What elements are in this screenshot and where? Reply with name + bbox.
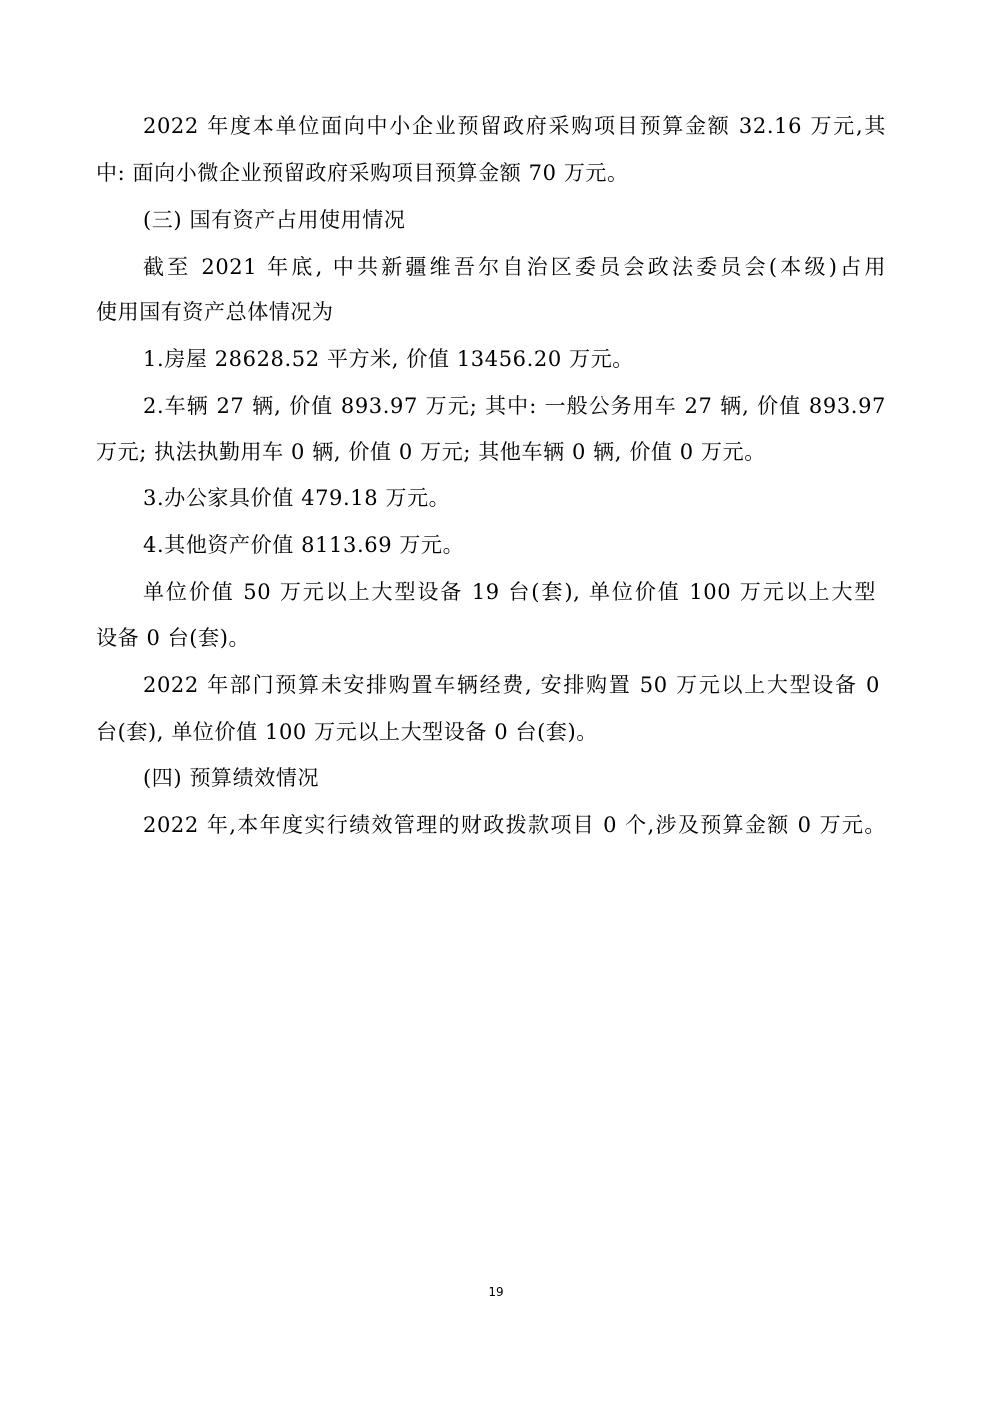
section-heading-performance: (四) 预算绩效情况 (143, 764, 933, 792)
budget-purchase-line-1: 2022 年部门预算未安排购置车辆经费, 安排购置 50 万元以上大型设备 0 (143, 671, 880, 699)
performance-line: 2022 年,本年度实行绩效管理的财政拨款项目 0 个,涉及预算金额 0 万元。 (143, 811, 886, 839)
assets-intro-line-2: 使用国有资产总体情况为 (96, 298, 886, 326)
procurement-line-2: 中: 面向小微企业预留政府采购项目预算金额 70 万元。 (96, 159, 886, 187)
section-heading-assets: (三) 国有资产占用使用情况 (143, 206, 933, 234)
large-equipment-line-2: 设备 0 台(套)。 (96, 624, 886, 652)
asset-item-other: 4.其他资产价值 8113.69 万元。 (143, 531, 933, 559)
large-equipment-line-1: 单位价值 50 万元以上大型设备 19 台(套), 单位价值 100 万元以上大… (143, 578, 876, 606)
asset-item-houses: 1.房屋 28628.52 平方米, 价值 13456.20 万元。 (143, 345, 933, 373)
asset-item-furniture: 3.办公家具价值 479.18 万元。 (143, 484, 933, 512)
asset-item-vehicles-line-2: 万元; 执法执勤用车 0 辆, 价值 0 万元; 其他车辆 0 辆, 价值 0 … (96, 438, 886, 466)
page-number: 19 (0, 1284, 992, 1300)
document-page: 2022 年度本单位面向中小企业预留政府采购项目预算金额 32.16 万元,其 … (0, 0, 992, 1403)
asset-item-vehicles-line-1: 2.车辆 27 辆, 价值 893.97 万元; 其中: 一般公务用车 27 辆… (143, 392, 886, 420)
budget-purchase-line-2: 台(套), 单位价值 100 万元以上大型设备 0 台(套)。 (96, 718, 886, 746)
procurement-line-1: 2022 年度本单位面向中小企业预留政府采购项目预算金额 32.16 万元,其 (143, 112, 886, 140)
assets-intro-line-1: 截至 2021 年底, 中共新疆维吾尔自治区委员会政法委员会(本级)占用 (143, 253, 886, 281)
